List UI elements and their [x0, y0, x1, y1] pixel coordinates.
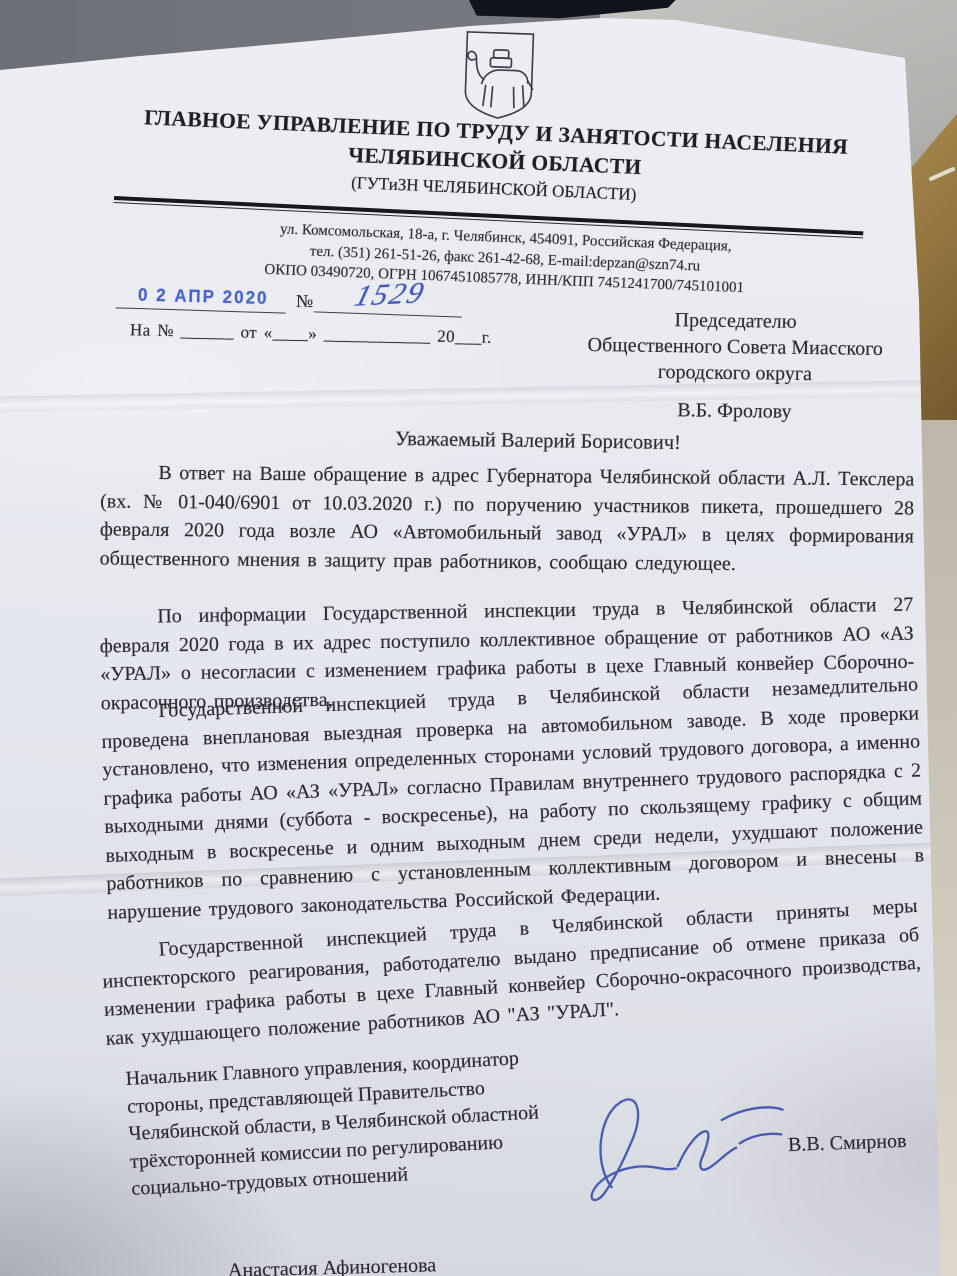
signer-name: В.В. Смирнов: [788, 1130, 907, 1157]
executor-name-cutoff: Анастасия Афиногенова: [228, 1254, 437, 1276]
number-label: №: [296, 291, 313, 312]
handwritten-outgoing-number: 1529: [351, 276, 429, 314]
recipient-line3: городского округа: [545, 357, 925, 388]
recipient-line2: Общественного Совета Миасского: [545, 331, 925, 362]
signature-ink: [566, 1074, 794, 1217]
letter-sheet: ГЛАВНОЕ УПРАВЛЕНИЕ ПО ТРУДУ И ЗАНЯТОСТИ …: [0, 0, 957, 1276]
signer-title-block: Начальник Главного управления, координат…: [125, 1041, 607, 1203]
recipient-block: Председателю Общественного Совета Миасск…: [544, 305, 926, 426]
recipient-name: В.Б. Фролову: [544, 395, 924, 426]
reply-reference-line: На № ______ от «____» ____________ 20___…: [130, 320, 492, 348]
photo-of-letter: ГЛАВНОЕ УПРАВЛЕНИЕ ПО ТРУДУ И ЗАНЯТОСТИ …: [0, 0, 957, 1276]
body-paragraph-1: В ответ на Ваше обращение в адрес Губерн…: [100, 458, 915, 579]
coat-of-arms-icon: [460, 29, 537, 122]
body-paragraph-3: Государственной инспекцией труда в Челяб…: [100, 670, 925, 926]
date-blank-line: [116, 289, 287, 313]
salutation: Уважаемый Валерий Борисович!: [288, 427, 788, 457]
